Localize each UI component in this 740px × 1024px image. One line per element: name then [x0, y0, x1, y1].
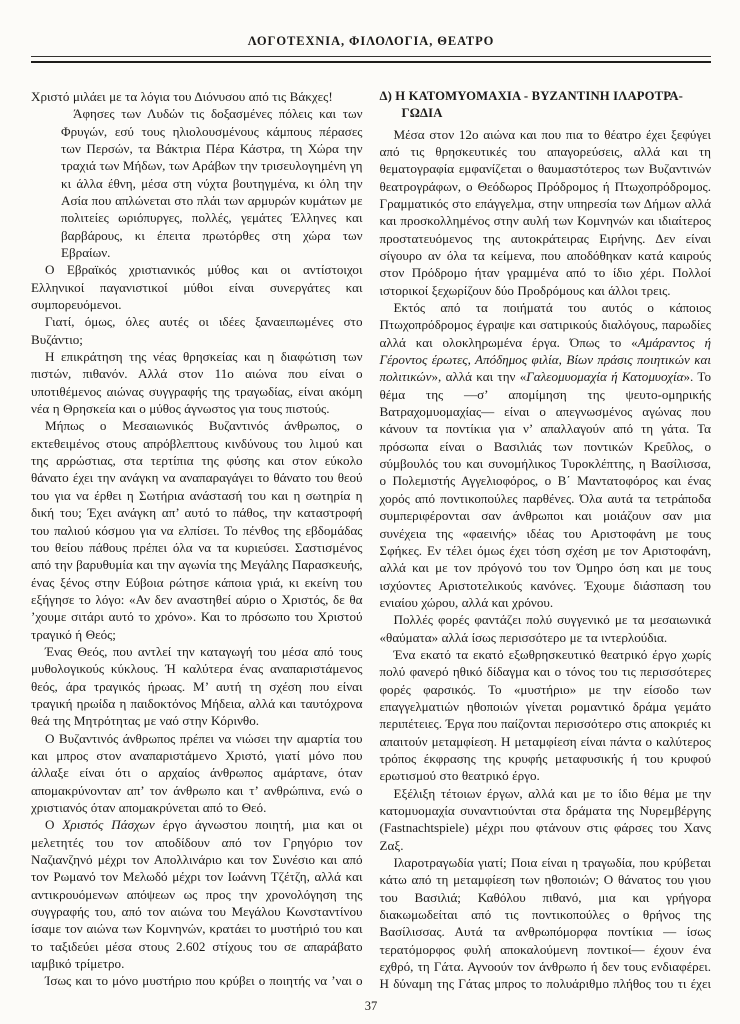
paragraph: Ένας Θεός, που αντλεί την καταγωγή του μ…: [31, 643, 363, 730]
body-text: Η επικράτηση της νέας θρησκείας και η δι…: [31, 349, 363, 416]
quote-block: Άφησες των Λυδών τις δοξασμένες πόλεις κ…: [61, 105, 363, 261]
paragraph: Εκτός από τα ποιήματά του αυτός ο κάποιο…: [380, 299, 712, 611]
paragraph: Ίσως και το μόνο μυστήριο που κρύβει ο π…: [31, 972, 363, 993]
running-head: ΛΟΓΟΤΕΧΝΙΑ, ΦΙΛΟΛΟΓΙΑ, ΘΕΑΤΡΟ: [31, 26, 711, 49]
italic-text: Γαλεομυομαχία ή Κατομυοχία: [526, 369, 683, 384]
body-text: Ο: [45, 817, 62, 832]
paragraph: Ιλαροτραγωδία γιατί; Ποια είναι η τραγωδ…: [380, 854, 712, 993]
paragraph: Η επικράτηση της νέας θρησκείας και η δι…: [31, 348, 363, 417]
text-columns: Χριστό μιλάει με τα λόγια του Διόνυσου α…: [31, 88, 711, 993]
header-rule: [31, 56, 711, 63]
body-text: Ο Βυζαντινός άνθρωπος πρέπει να νιώσει τ…: [31, 731, 363, 815]
book-page: ΛΟΓΟΤΕΧΝΙΑ, ΦΙΛΟΛΟΓΙΑ, ΘΕΑΤΡΟ Χριστό μιλ…: [0, 0, 740, 1024]
right-column: Δ) Η ΚΑΤΟΜΥΟΜΑΧΙΑ - ΒΥΖΑΝΤΙΝΗ ΙΛΑΡΟΤΡΑ- …: [380, 88, 712, 993]
body-text: », αλλά και την «: [431, 369, 526, 384]
body-text: Ο Εβραϊκός χριστιανικός μύθος και οι αντ…: [31, 262, 363, 312]
body-text: Εξέλιξη τέτοιων έργων, αλλά και με το ίδ…: [380, 786, 712, 853]
body-text: Μέσα στον 12ο αιώνα και που πια το θέατρ…: [380, 127, 712, 298]
paragraph: Μέσα στον 12ο αιώνα και που πια το θέατρ…: [380, 126, 712, 299]
paragraph: Ένα εκατό τα εκατό εξωθρησκευτικό θεατρι…: [380, 646, 712, 785]
paragraph: Γιατί, όμως, όλες αυτές οι ιδέες ξαναειπ…: [31, 313, 363, 348]
paragraph: Χριστό μιλάει με τα λόγια του Διόνυσου α…: [31, 88, 363, 105]
section-heading-line1: Δ) Η ΚΑΤΟΜΥΟΜΑΧΙΑ - ΒΥΖΑΝΤΙΝΗ ΙΛΑΡΟΤΡΑ-: [380, 88, 712, 105]
section-heading-line2: ΓΩΔΙΑ: [380, 105, 712, 122]
section-heading: Δ) Η ΚΑΤΟΜΥΟΜΑΧΙΑ - ΒΥΖΑΝΤΙΝΗ ΙΛΑΡΟΤΡΑ- …: [380, 88, 712, 123]
body-text: ». Το θέμα της —σ’ απομίμηση της ψευτο-ο…: [380, 369, 712, 609]
body-text: Ιλαροτραγωδία γιατί; Ποια είναι η τραγωδ…: [380, 855, 712, 993]
italic-text: Χριστός Πάσχων: [62, 817, 154, 832]
paragraph: Πολλές φορές φαντάζει πολύ συγγενικό με …: [380, 611, 712, 646]
paragraph: Μήπως ο Μεσαιωνικός Βυζαντινός άνθρωπος,…: [31, 417, 363, 642]
paragraph: Εξέλιξη τέτοιων έργων, αλλά και με το ίδ…: [380, 785, 712, 854]
body-text: έργο άγνωστου ποιητή, μια και οι μελετητ…: [31, 817, 363, 971]
body-text: Μήπως ο Μεσαιωνικός Βυζαντινός άνθρωπος,…: [31, 418, 363, 641]
body-text: Γιατί, όμως, όλες αυτές οι ιδέες ξαναειπ…: [31, 314, 363, 346]
page-number: 37: [365, 999, 378, 1013]
body-text: Χριστό μιλάει με τα λόγια του Διόνυσου α…: [31, 89, 333, 104]
page-footer: 37: [31, 993, 711, 1024]
paragraph: Ο Βυζαντινός άνθρωπος πρέπει να νιώσει τ…: [31, 730, 363, 817]
paragraph: Ο Χριστός Πάσχων έργο άγνωστου ποιητή, μ…: [31, 816, 363, 972]
body-text: Πολλές φορές φαντάζει πολύ συγγενικό με …: [380, 612, 712, 644]
body-text: Ένας Θεός, που αντλεί την καταγωγή του μ…: [31, 644, 363, 728]
body-text: Ίσως και το μόνο μυστήριο που κρύβει ο π…: [31, 973, 363, 993]
body-text: Ένα εκατό τα εκατό εξωθρησκευτικό θεατρι…: [380, 647, 712, 783]
paragraph: Ο Εβραϊκός χριστιανικός μύθος και οι αντ…: [31, 261, 363, 313]
left-column: Χριστό μιλάει με τα λόγια του Διόνυσου α…: [31, 88, 363, 993]
body-text: Άφησες των Λυδών τις δοξασμένες πόλεις κ…: [61, 106, 363, 260]
